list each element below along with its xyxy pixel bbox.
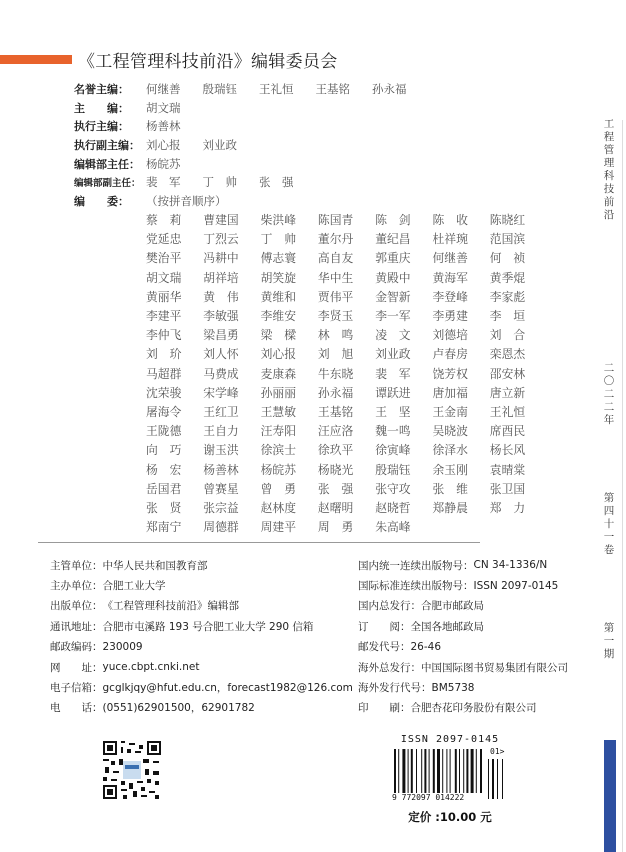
role-name: 何继善 bbox=[146, 81, 181, 97]
role-name: 王礼恒 bbox=[259, 81, 294, 97]
member-name: 邵安林 bbox=[490, 365, 547, 382]
member-name: 刘 玠 bbox=[146, 345, 203, 362]
member-name: 杨晓光 bbox=[318, 461, 375, 478]
member-name: 李维安 bbox=[261, 307, 318, 324]
committee-members-grid: 蔡 莉曹建国柴洪峰陈国青陈 剑陈 收陈晓红党延忠丁烈云丁 帅董尔丹董纪昌杜祥琬范… bbox=[146, 210, 547, 536]
member-name: 李家彪 bbox=[490, 288, 547, 305]
member-row: 向 巧谢玉洪徐滨士徐玖平徐寅峰徐泽水杨长风 bbox=[146, 440, 547, 459]
member-name: 杜祥琬 bbox=[432, 230, 489, 247]
member-row: 沈荣骏宋学峰孙丽丽孙永福谭跃进唐加福唐立新 bbox=[146, 383, 547, 402]
role-row: 执行副主编： 刘心报 刘业政 bbox=[74, 136, 429, 155]
member-name: 金智新 bbox=[375, 288, 432, 305]
info-row: 电 话：(0551)62901500，62901782 bbox=[50, 698, 353, 718]
spine-year: 二〇二二年 bbox=[602, 362, 616, 427]
info-row: 海外发行代号：BM5738 bbox=[358, 677, 568, 697]
role-row: 主 编： 胡文瑞 bbox=[74, 99, 429, 118]
member-name: 唐立新 bbox=[490, 384, 547, 401]
spine-char: 二 bbox=[602, 388, 616, 401]
member-name: 沈荣骏 bbox=[146, 384, 203, 401]
member-name: 傅志寰 bbox=[261, 249, 318, 266]
role-label: 主 编： bbox=[74, 100, 146, 116]
role-label: 名誉主编： bbox=[74, 81, 146, 97]
info-label: 电子信箱： bbox=[50, 680, 103, 695]
member-name: 丁 帅 bbox=[261, 230, 318, 247]
member-name: 郑静晨 bbox=[432, 499, 489, 516]
member-name: 郭重庆 bbox=[375, 249, 432, 266]
member-name: 董尔丹 bbox=[318, 230, 375, 247]
spine-issue: 第一期 bbox=[602, 622, 616, 661]
qr-code-icon bbox=[103, 741, 161, 799]
info-value: 中国国际图书贸易集团有限公司 bbox=[421, 660, 568, 675]
info-row: 海外总发行：中国国际图书贸易集团有限公司 bbox=[358, 657, 568, 677]
title-accent-bar bbox=[0, 55, 72, 64]
info-label: 邮政编码： bbox=[50, 639, 103, 654]
spine-journal-title: 工程管理科技前沿 bbox=[602, 118, 616, 222]
role-row: 编辑部副主任： 裴 军 丁 帅 张 强 bbox=[74, 173, 429, 192]
member-name: 李贤玉 bbox=[318, 307, 375, 324]
member-name: 余玉刚 bbox=[432, 461, 489, 478]
info-label: 电 话： bbox=[50, 700, 103, 715]
info-row: 邮政编码：230009 bbox=[50, 637, 353, 657]
member-name: 黄丽华 bbox=[146, 288, 203, 305]
spine-char: 理 bbox=[602, 157, 616, 170]
member-name: 殷瑞钰 bbox=[375, 461, 432, 478]
member-name: 黄殿中 bbox=[375, 269, 432, 286]
member-name: 周建平 bbox=[261, 518, 318, 535]
member-name: 张守攻 bbox=[375, 480, 432, 497]
member-name: 孙丽丽 bbox=[261, 384, 318, 401]
role-name: 杨皖苏 bbox=[146, 156, 181, 172]
member-name: 杨长风 bbox=[490, 441, 547, 458]
member-name: 王陇德 bbox=[146, 422, 203, 439]
role-row: 编 委： （按拼音顺序） bbox=[74, 192, 429, 211]
member-name: 范国滨 bbox=[490, 230, 547, 247]
member-name: 栾恩杰 bbox=[490, 345, 547, 362]
member-name: 徐玖平 bbox=[318, 441, 375, 458]
info-label: 通讯地址： bbox=[50, 619, 103, 634]
info-row: 国际标准连续出版物号：ISSN 2097-0145 bbox=[358, 575, 568, 595]
spine-char: 二 bbox=[602, 401, 616, 414]
member-name: 李登峰 bbox=[432, 288, 489, 305]
info-value: 中华人民共和国教育部 bbox=[103, 558, 208, 573]
member-name: 马费成 bbox=[203, 365, 260, 382]
info-row: 主管单位：中华人民共和国教育部 bbox=[50, 555, 353, 575]
spine-char: 〇 bbox=[602, 375, 616, 388]
member-name: 贾伟平 bbox=[318, 288, 375, 305]
member-name: 李建平 bbox=[146, 307, 203, 324]
member-row: 马超群马费成麦康森牛东晓裴 军饶芳权邵安林 bbox=[146, 364, 547, 383]
barcode-number: 9 772097 014222 bbox=[392, 793, 464, 802]
spine-char: 二 bbox=[602, 362, 616, 375]
info-label: 邮发代号： bbox=[358, 639, 411, 654]
role-name: 刘业政 bbox=[203, 137, 238, 153]
role-label: 执行主编： bbox=[74, 118, 146, 134]
spine-char: 年 bbox=[602, 414, 616, 427]
info-row: 国内统一连续出版物号：CN 34-1336/N bbox=[358, 555, 568, 575]
member-name: 陈国青 bbox=[318, 211, 375, 228]
spine-char: 卷 bbox=[602, 544, 616, 557]
info-value: 26-46 bbox=[411, 641, 442, 653]
member-name: 王自力 bbox=[203, 422, 260, 439]
role-row: 编辑部主任： 杨皖苏 bbox=[74, 154, 429, 173]
member-name: 赵晓哲 bbox=[375, 499, 432, 516]
member-row: 王陇德王自力汪寿阳汪应洛魏一鸣吴晓波席酉民 bbox=[146, 421, 547, 440]
member-name: 何 祯 bbox=[490, 249, 547, 266]
member-name: 李勇建 bbox=[432, 307, 489, 324]
info-label: 出版单位： bbox=[50, 598, 103, 613]
member-name: 麦康森 bbox=[261, 365, 318, 382]
member-name: 党延忠 bbox=[146, 230, 203, 247]
role-row: 名誉主编： 何继善 殷瑞钰 王礼恒 王基铭 孙永福 bbox=[74, 80, 429, 99]
member-name: 谢玉洪 bbox=[203, 441, 260, 458]
member-name: 郑 力 bbox=[490, 499, 547, 516]
member-name: 岳国君 bbox=[146, 480, 203, 497]
section-divider bbox=[38, 542, 480, 543]
spine-volume: 第四十一卷 bbox=[602, 492, 616, 557]
spine-char: 四 bbox=[602, 505, 616, 518]
page-title: 《工程管理科技前沿》编辑委员会 bbox=[78, 47, 338, 72]
barcode-block: ISSN 2097-0145 9 772097 014222 01> 定价 :1… bbox=[392, 734, 508, 825]
member-name: 牛东晓 bbox=[318, 365, 375, 382]
member-name: 马超群 bbox=[146, 365, 203, 382]
member-name: 杨善林 bbox=[203, 461, 260, 478]
member-name: 刘德培 bbox=[432, 326, 489, 343]
member-name: 朱高峰 bbox=[375, 518, 432, 535]
spine-char: 第 bbox=[602, 622, 616, 635]
spine-char: 一 bbox=[602, 531, 616, 544]
spine-char: 技 bbox=[602, 183, 616, 196]
member-name: 杨皖苏 bbox=[261, 461, 318, 478]
info-value: CN 34-1336/N bbox=[474, 559, 548, 571]
member-name: 冯耕中 bbox=[203, 249, 260, 266]
role-note: （按拼音顺序） bbox=[146, 193, 227, 209]
member-name: 饶芳权 bbox=[432, 365, 489, 382]
member-name: 胡笑旋 bbox=[261, 269, 318, 286]
info-row: 订 阅：全国各地邮政局 bbox=[358, 616, 568, 636]
member-name: 孙永福 bbox=[318, 384, 375, 401]
spine-char: 十 bbox=[602, 518, 616, 531]
member-name: 杨 宏 bbox=[146, 461, 203, 478]
member-name: 曾 勇 bbox=[261, 480, 318, 497]
spine-char: 管 bbox=[602, 144, 616, 157]
member-name: 黄维和 bbox=[261, 288, 318, 305]
member-name: 王红卫 bbox=[203, 403, 260, 420]
info-value: (0551)62901500，62901782 bbox=[103, 700, 255, 715]
info-row: 邮发代号：26-46 bbox=[358, 637, 568, 657]
info-label: 订 阅： bbox=[358, 619, 411, 634]
member-name: 张 贤 bbox=[146, 499, 203, 516]
member-name: 李仲飞 bbox=[146, 326, 203, 343]
member-name: 王金南 bbox=[432, 403, 489, 420]
member-name: 卢春房 bbox=[432, 345, 489, 362]
member-row: 樊治平冯耕中傅志寰高自友郭重庆何继善何 祯 bbox=[146, 248, 547, 267]
spine-char: 科 bbox=[602, 170, 616, 183]
member-name: 王基铭 bbox=[318, 403, 375, 420]
member-row: 屠海令王红卫王慧敏王基铭王 坚王金南王礼恒 bbox=[146, 402, 547, 421]
member-name: 裴 军 bbox=[375, 365, 432, 382]
member-name: 魏一鸣 bbox=[375, 422, 432, 439]
member-name: 汪应洛 bbox=[318, 422, 375, 439]
member-name: 何继善 bbox=[432, 249, 489, 266]
member-name: 袁晴棠 bbox=[490, 461, 547, 478]
role-name: 刘心报 bbox=[146, 137, 181, 153]
member-name: 曾赛星 bbox=[203, 480, 260, 497]
editorial-roles: 名誉主编： 何继善 殷瑞钰 王礼恒 王基铭 孙永福 主 编： 胡文瑞 执行主编：… bbox=[74, 80, 429, 210]
info-row: 出版单位：《工程管理科技前沿》编辑部 bbox=[50, 596, 353, 616]
info-row: 国内总发行：合肥市邮政局 bbox=[358, 596, 568, 616]
member-name: 王慧敏 bbox=[261, 403, 318, 420]
member-row: 刘 玠刘人怀刘心报刘 旭刘业政卢春房栾恩杰 bbox=[146, 344, 547, 363]
info-label: 海外发行代号： bbox=[358, 680, 432, 695]
member-name: 林 鸣 bbox=[318, 326, 375, 343]
info-value: ISSN 2097-0145 bbox=[474, 580, 559, 592]
member-name: 刘心报 bbox=[261, 345, 318, 362]
spine-char: 期 bbox=[602, 648, 616, 661]
role-name: 殷瑞钰 bbox=[203, 81, 238, 97]
member-name: 王 坚 bbox=[375, 403, 432, 420]
role-name: 丁 帅 bbox=[203, 174, 238, 190]
member-name: 高自友 bbox=[318, 249, 375, 266]
member-name: 周德群 bbox=[203, 518, 260, 535]
member-name: 谭跃进 bbox=[375, 384, 432, 401]
member-name: 汪寿阳 bbox=[261, 422, 318, 439]
member-row: 黄丽华黄 伟黄维和贾伟平金智新李登峰李家彪 bbox=[146, 287, 547, 306]
role-name: 王基铭 bbox=[316, 81, 351, 97]
member-name: 张 维 bbox=[432, 480, 489, 497]
barcode-issn: ISSN 2097-0145 bbox=[392, 734, 508, 745]
info-label: 网 址： bbox=[50, 660, 103, 675]
member-name: 张卫国 bbox=[490, 480, 547, 497]
spine-char: 一 bbox=[602, 635, 616, 648]
member-name: 王礼恒 bbox=[490, 403, 547, 420]
member-name: 刘 旭 bbox=[318, 345, 375, 362]
member-row: 郑南宁周德群周建平周 勇朱高峰 bbox=[146, 517, 547, 536]
info-row: 主办单位：合肥工业大学 bbox=[50, 575, 353, 595]
member-name: 吴晓波 bbox=[432, 422, 489, 439]
info-value: gcglkjqy@hfut.edu.cn，forecast1982@126.co… bbox=[103, 680, 353, 695]
member-name: 陈 剑 bbox=[375, 211, 432, 228]
role-label: 编 委： bbox=[74, 193, 146, 209]
member-name: 张宗益 bbox=[203, 499, 260, 516]
member-name: 向 巧 bbox=[146, 441, 203, 458]
info-label: 海外总发行： bbox=[358, 660, 421, 675]
member-name: 黄海军 bbox=[432, 269, 489, 286]
member-name: 刘 合 bbox=[490, 326, 547, 343]
role-name: 杨善林 bbox=[146, 118, 181, 134]
spine-edge bbox=[622, 120, 623, 852]
member-name: 郑南宁 bbox=[146, 518, 203, 535]
role-label: 执行副主编： bbox=[74, 137, 146, 153]
member-row: 张 贤张宗益赵林度赵曙明赵晓哲郑静晨郑 力 bbox=[146, 498, 547, 517]
spine-char: 程 bbox=[602, 131, 616, 144]
barcode-addon: 01> bbox=[490, 747, 504, 756]
role-name: 胡文瑞 bbox=[146, 100, 181, 116]
member-row: 李建平李敏强李维安李贤玉李一军李勇建李 垣 bbox=[146, 306, 547, 325]
member-name: 张 强 bbox=[318, 480, 375, 497]
member-name: 李 垣 bbox=[490, 307, 547, 324]
spine-color-bar bbox=[604, 740, 616, 852]
role-label: 编辑部主任： bbox=[74, 156, 146, 172]
member-name: 蔡 莉 bbox=[146, 211, 203, 228]
info-row: 网 址：yuce.cbpt.cnki.net bbox=[50, 657, 353, 677]
member-name: 徐泽水 bbox=[432, 441, 489, 458]
spine-char: 第 bbox=[602, 492, 616, 505]
publication-info-left: 主管单位：中华人民共和国教育部主办单位：合肥工业大学出版单位：《工程管理科技前沿… bbox=[50, 555, 353, 718]
member-name: 陈 收 bbox=[432, 211, 489, 228]
info-label: 国内统一连续出版物号： bbox=[358, 558, 474, 573]
member-name: 凌 文 bbox=[375, 326, 432, 343]
role-label: 编辑部副主任： bbox=[74, 175, 146, 189]
member-name: 陈晓红 bbox=[490, 211, 547, 228]
member-name: 丁烈云 bbox=[203, 230, 260, 247]
info-value: 合肥工业大学 bbox=[103, 578, 166, 593]
info-value: 合肥市邮政局 bbox=[421, 598, 484, 613]
member-name: 宋学峰 bbox=[203, 384, 260, 401]
member-name: 柴洪峰 bbox=[261, 211, 318, 228]
role-row: 执行主编： 杨善林 bbox=[74, 117, 429, 136]
spine-char: 沿 bbox=[602, 209, 616, 222]
info-value: 全国各地邮政局 bbox=[411, 619, 485, 634]
member-name: 唐加福 bbox=[432, 384, 489, 401]
member-name: 董纪昌 bbox=[375, 230, 432, 247]
role-name: 孙永福 bbox=[372, 81, 407, 97]
member-name: 徐滨士 bbox=[261, 441, 318, 458]
info-row: 电子信箱：gcglkjqy@hfut.edu.cn，forecast1982@1… bbox=[50, 677, 353, 697]
publication-info-right: 国内统一连续出版物号：CN 34-1336/N国际标准连续出版物号：ISSN 2… bbox=[358, 555, 568, 718]
spine-char: 工 bbox=[602, 118, 616, 131]
info-label: 印 刷： bbox=[358, 700, 411, 715]
role-name: 裴 军 bbox=[146, 174, 181, 190]
info-row: 通讯地址：合肥市屯溪路 193 号合肥工业大学 290 信箱 bbox=[50, 616, 353, 636]
spine-char: 前 bbox=[602, 196, 616, 209]
info-value: 230009 bbox=[103, 641, 143, 653]
member-name: 徐寅峰 bbox=[375, 441, 432, 458]
member-name: 屠海令 bbox=[146, 403, 203, 420]
info-value: 《工程管理科技前沿》编辑部 bbox=[103, 598, 240, 613]
info-value: 合肥市屯溪路 193 号合肥工业大学 290 信箱 bbox=[103, 619, 314, 634]
member-row: 李仲飞梁昌勇梁 樑林 鸣凌 文刘德培刘 合 bbox=[146, 325, 547, 344]
member-row: 杨 宏杨善林杨皖苏杨晓光殷瑞钰余玉刚袁晴棠 bbox=[146, 459, 547, 478]
member-name: 梁昌勇 bbox=[203, 326, 260, 343]
info-label: 主管单位： bbox=[50, 558, 103, 573]
member-name: 刘人怀 bbox=[203, 345, 260, 362]
member-name: 梁 樑 bbox=[261, 326, 318, 343]
member-name: 黄 伟 bbox=[203, 288, 260, 305]
member-name: 刘业政 bbox=[375, 345, 432, 362]
member-name: 周 勇 bbox=[318, 518, 375, 535]
member-name: 李一军 bbox=[375, 307, 432, 324]
info-label: 国际标准连续出版物号： bbox=[358, 578, 474, 593]
member-name: 赵曙明 bbox=[318, 499, 375, 516]
price-label: 定价 :10.00 元 bbox=[392, 809, 508, 825]
member-name: 席酉民 bbox=[490, 422, 547, 439]
member-name: 李敏强 bbox=[203, 307, 260, 324]
info-value: 合肥杏花印务股份有限公司 bbox=[411, 700, 537, 715]
role-name: 张 强 bbox=[259, 174, 294, 190]
member-row: 岳国君曾赛星曾 勇张 强张守攻张 维张卫国 bbox=[146, 479, 547, 498]
info-row: 印 刷：合肥杏花印务股份有限公司 bbox=[358, 698, 568, 718]
member-row: 胡文瑞胡祥培胡笑旋华中生黄殿中黄海军黄季焜 bbox=[146, 268, 547, 287]
member-name: 黄季焜 bbox=[490, 269, 547, 286]
info-label: 国内总发行： bbox=[358, 598, 421, 613]
info-label: 主办单位： bbox=[50, 578, 103, 593]
member-name: 胡祥培 bbox=[203, 269, 260, 286]
info-value: BM5738 bbox=[432, 682, 475, 694]
member-name: 曹建国 bbox=[203, 211, 260, 228]
barcode-icon: 9 772097 014222 01> bbox=[392, 747, 508, 805]
member-name: 赵林度 bbox=[261, 499, 318, 516]
info-value: yuce.cbpt.cnki.net bbox=[103, 661, 200, 673]
member-name: 樊治平 bbox=[146, 249, 203, 266]
member-name: 胡文瑞 bbox=[146, 269, 203, 286]
member-name: 华中生 bbox=[318, 269, 375, 286]
member-row: 党延忠丁烈云丁 帅董尔丹董纪昌杜祥琬范国滨 bbox=[146, 229, 547, 248]
member-row: 蔡 莉曹建国柴洪峰陈国青陈 剑陈 收陈晓红 bbox=[146, 210, 547, 229]
